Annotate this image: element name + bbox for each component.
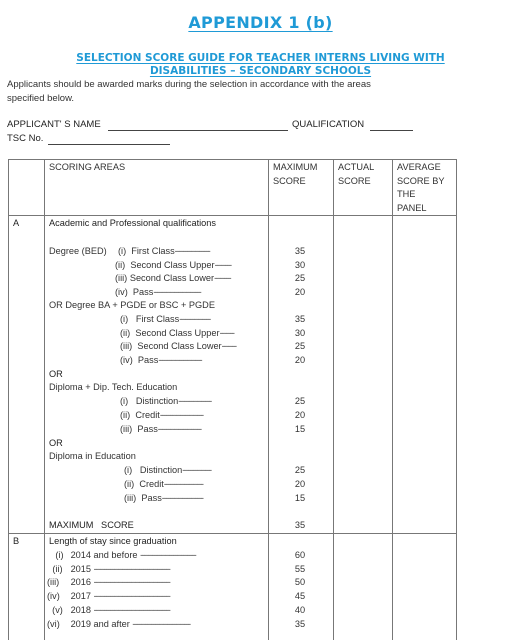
score-item-label: (iii) Pass--------------------- (120, 424, 201, 434)
max-score-value: 20 (285, 287, 315, 297)
max-score-value: 50 (285, 577, 315, 587)
score-item-label: (vi) 2019 and after --------------------… (47, 619, 190, 629)
or-label: OR (49, 369, 63, 379)
score-item-label: (iii) Second Class Lower------- (120, 341, 236, 351)
max-score-value: 55 (285, 564, 315, 574)
score-item-label: (iii) Second Class Lower-------- (115, 273, 231, 283)
max-score-value: 35 (285, 619, 315, 629)
score-item-label: (i) First Class----------------- (118, 246, 210, 256)
document-subtitle-line1: SELECTION SCORE GUIDE FOR TEACHER INTERN… (0, 52, 521, 64)
section-a-actual-score-cell[interactable] (334, 216, 392, 532)
max-score-value: 35 (285, 314, 315, 324)
intro-text-line1: Applicants should be awarded marks durin… (7, 79, 371, 90)
section-b-title: Length of stay since graduation (49, 536, 177, 546)
max-score-value: 25 (285, 273, 315, 283)
score-item-label: (ii) 2015 ------------------------------… (47, 564, 170, 574)
document-title: APPENDIX 1 (b) (0, 13, 521, 32)
tsc-number-label: TSC No. (7, 133, 43, 144)
max-score-value: 25 (285, 465, 315, 475)
group-heading-degree-bed: Degree (BED) (49, 246, 107, 256)
qualification-label: QUALIFICATION (292, 119, 364, 130)
score-item-label: (i) 2014 and before --------------------… (51, 550, 196, 560)
section-b-average-score-cell[interactable] (393, 534, 455, 640)
or-label: OR (49, 438, 63, 448)
section-a-id: A (13, 218, 19, 228)
max-score-value: 20 (285, 355, 315, 365)
max-score-value: 45 (285, 591, 315, 601)
score-item-label: (iv) Pass----------------------- (115, 287, 201, 297)
applicant-name-field[interactable] (108, 130, 288, 131)
tsc-number-field[interactable] (48, 144, 170, 145)
max-score-value: 30 (285, 328, 315, 338)
score-item-label: (i) Distinction-------------- (124, 465, 211, 475)
group-heading-diploma-education: Diploma in Education (49, 451, 136, 461)
score-item-label: (ii) Second Class Upper-------- (115, 260, 231, 270)
group-heading-degree-ba: OR Degree BA + PGDE or BSC + PGDE (49, 300, 215, 310)
max-score-value: 30 (285, 260, 315, 270)
header-maximum-score: MAXIMUMSCORE (273, 161, 317, 188)
column-divider (44, 159, 45, 640)
intro-text-line2: specified below. (7, 93, 74, 104)
section-a-max-score: 35 (285, 520, 315, 530)
max-score-value: 20 (285, 410, 315, 420)
column-divider (268, 159, 269, 640)
section-b-actual-score-cell[interactable] (334, 534, 392, 640)
document-subtitle-line2: DISABILITIES – SECONDARY SCHOOLS (0, 65, 521, 77)
header-scoring-areas: SCORING AREAS (49, 161, 125, 175)
section-a-average-score-cell[interactable] (393, 216, 455, 532)
section-a-max-label: MAXIMUM SCORE (49, 520, 134, 530)
score-item-label: (iii) 2016 -----------------------------… (47, 577, 170, 587)
applicant-name-label: APPLICANT' S NAME (7, 119, 101, 130)
score-item-label: (i) Distinction---------------- (120, 396, 211, 406)
score-item-label: (ii) Credit------------------- (124, 479, 203, 489)
max-score-value: 15 (285, 424, 315, 434)
score-item-label: (ii) Second Class Upper------- (120, 328, 234, 338)
group-heading-diploma-tech: Diploma + Dip. Tech. Education (49, 382, 177, 392)
max-score-value: 35 (285, 246, 315, 256)
score-item-label: (ii) Credit--------------------- (120, 410, 203, 420)
header-average-score: AVERAGESCORE BY THEPANEL (397, 161, 444, 215)
max-score-value: 40 (285, 605, 315, 615)
max-score-value: 25 (285, 396, 315, 406)
max-score-value: 60 (285, 550, 315, 560)
score-item-label: (iv) 2017 ------------------------------… (47, 591, 170, 601)
score-item-label: (iv) Pass--------------------- (120, 355, 202, 365)
score-item-label: (i) First Class--------------- (120, 314, 210, 324)
qualification-field[interactable] (370, 130, 413, 131)
section-b-id: B (13, 536, 19, 546)
section-a-title: Academic and Professional qualifications (49, 218, 216, 228)
max-score-value: 25 (285, 341, 315, 351)
max-score-value: 15 (285, 493, 315, 503)
score-item-label: (v) 2018 -------------------------------… (47, 605, 170, 615)
max-score-value: 20 (285, 479, 315, 489)
header-actual-score: ACTUALSCORE (338, 161, 374, 188)
score-item-label: (iii) Pass-------------------- (124, 493, 203, 503)
